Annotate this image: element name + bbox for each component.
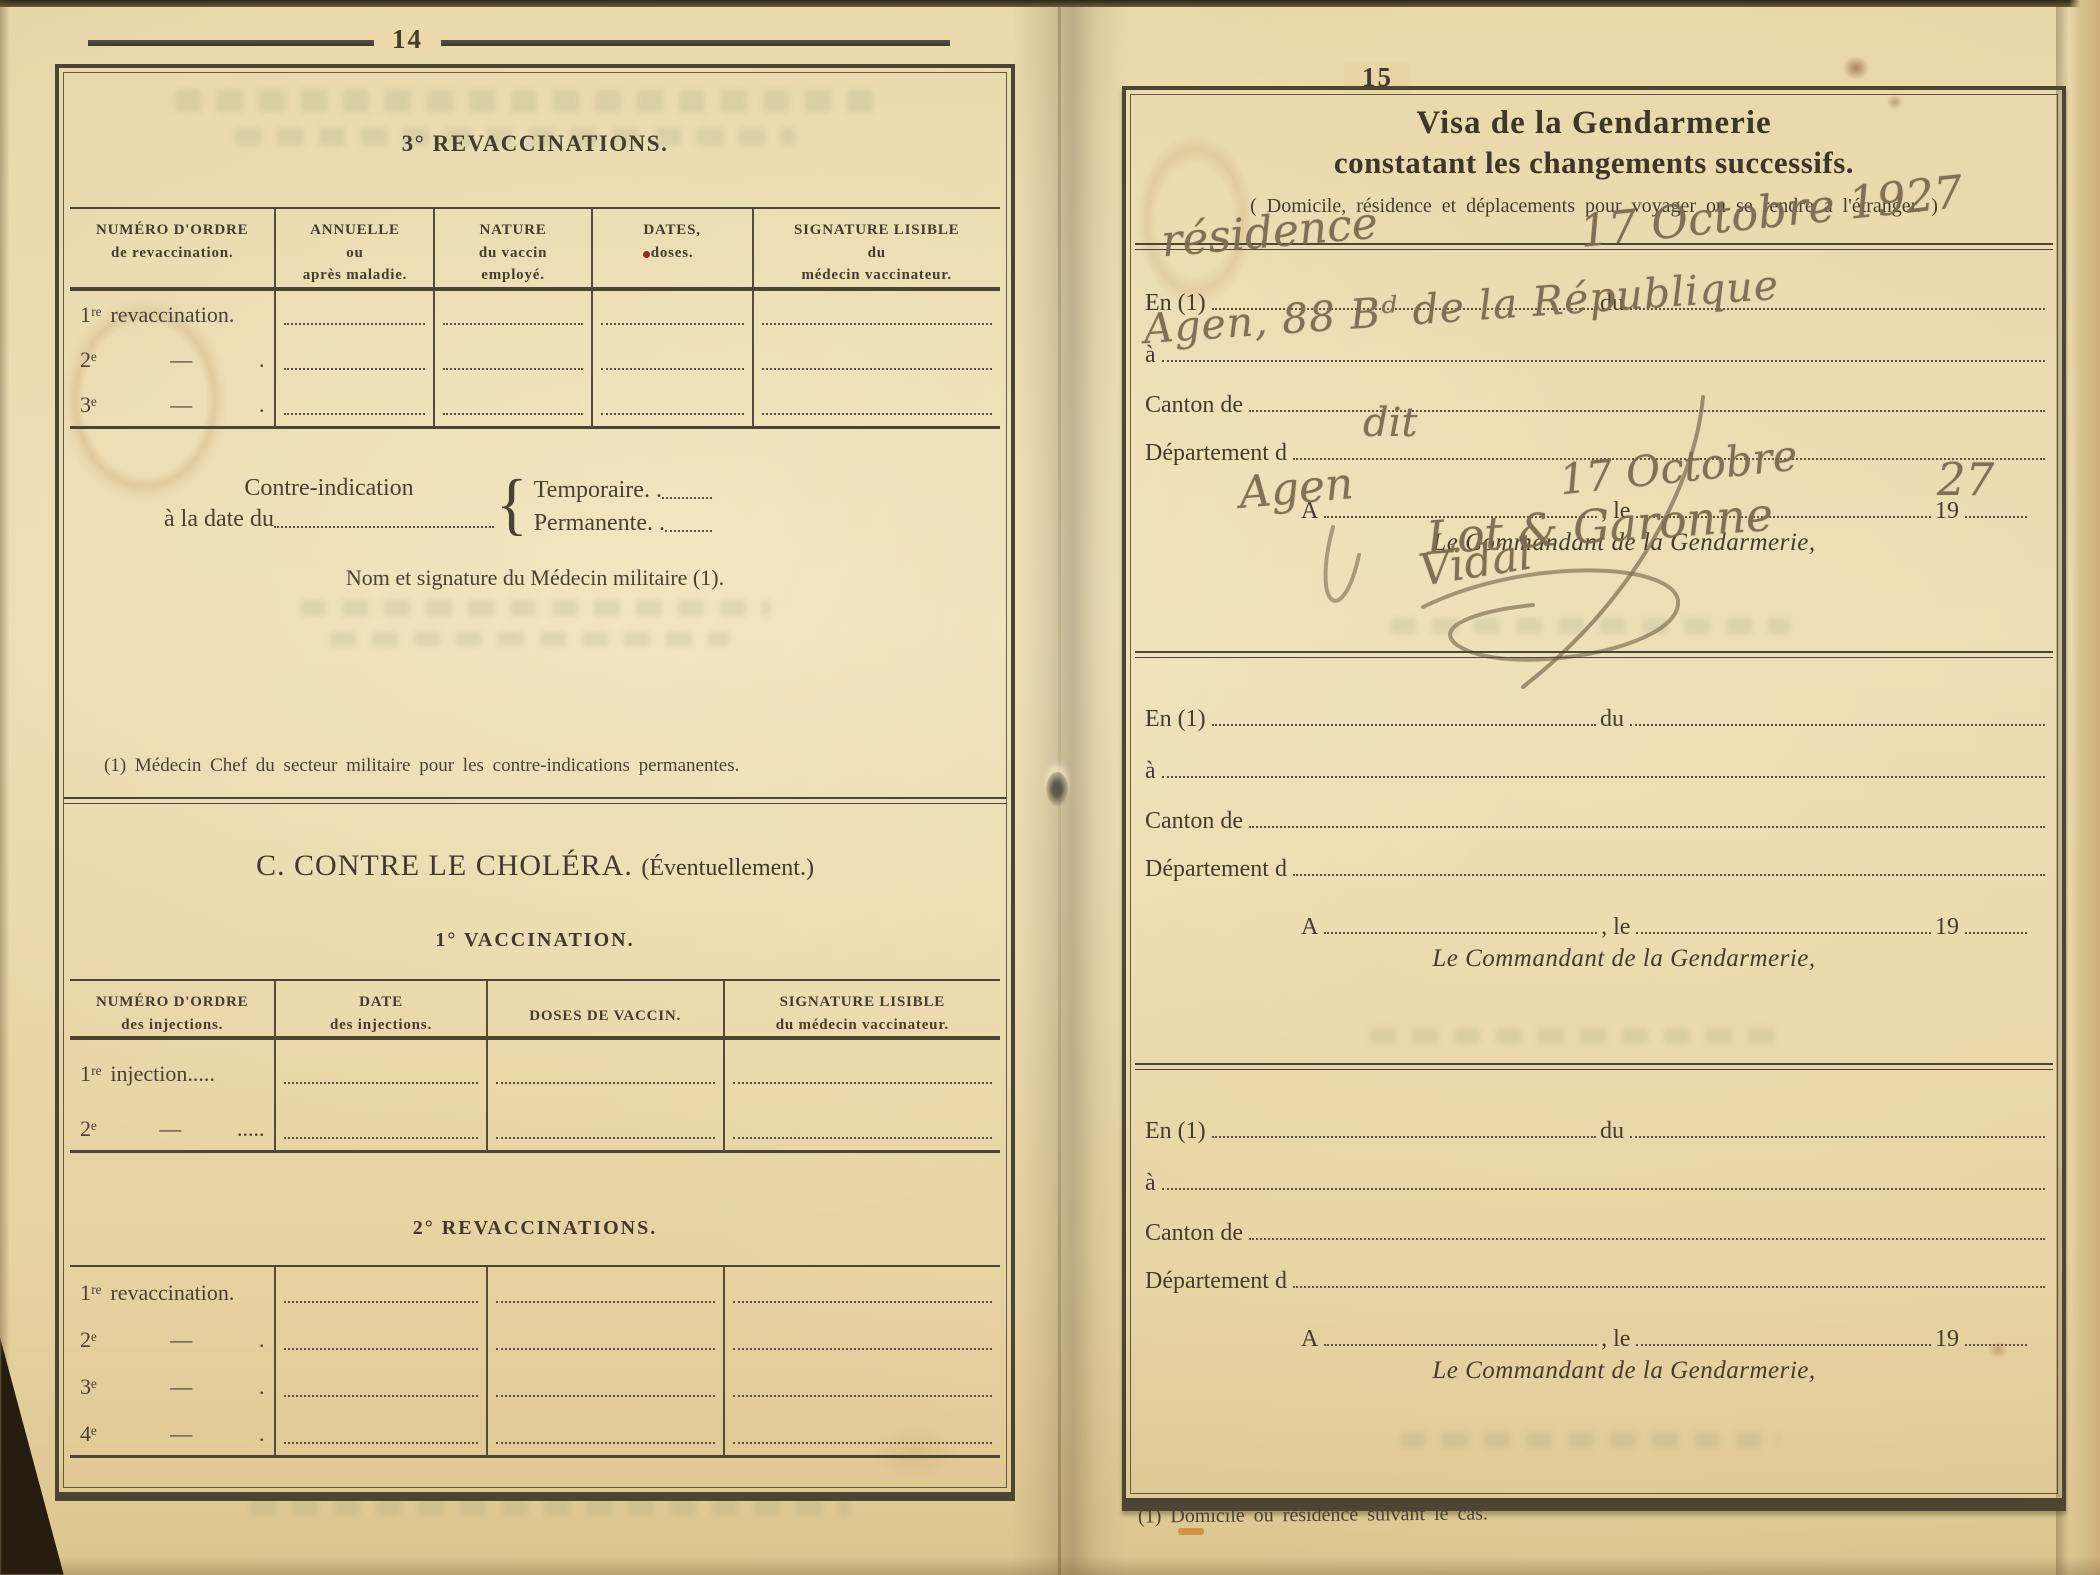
page-number-14: 14 <box>374 24 441 55</box>
date-place-row: A , le 19 <box>1301 491 2031 525</box>
blank-field <box>276 1040 487 1095</box>
du-label: du <box>1600 291 1624 317</box>
page-gutter-fold <box>1012 0 1128 1575</box>
place-field <box>1324 932 1597 934</box>
blank-field <box>725 1040 1000 1095</box>
ditto-dash: — <box>106 347 259 373</box>
blank-field <box>276 1267 487 1314</box>
row-label-cell: 4ᵉ—. <box>70 1408 276 1458</box>
row-period: . <box>259 392 265 418</box>
contre-indication-block: Contre-indication à la date du { Tempora… <box>164 475 712 543</box>
row-dots: ..... <box>237 1116 265 1142</box>
blank-field <box>488 1040 725 1095</box>
row-label-cell: 2ᵉ—. <box>70 1314 276 1361</box>
ditto-dash: — <box>106 392 259 418</box>
blank-field <box>725 1267 1000 1314</box>
blank-field <box>276 336 435 381</box>
blank-field <box>725 1408 1000 1458</box>
page-15: Visa de la Gendarmerie constatant les ch… <box>1122 86 2066 1511</box>
paper-stain <box>1838 52 1874 84</box>
ditto-dash: — <box>106 1374 259 1400</box>
blank-field <box>435 291 592 336</box>
row-ordinal: 1ʳᵉ <box>80 1061 101 1087</box>
row-ordinal: 2ᵉ <box>80 1327 97 1353</box>
vaccination-1-heading: 1° VACCINATION. <box>64 929 1006 952</box>
canton-row: Canton de <box>1145 1213 2049 1247</box>
blank-field <box>488 1267 725 1314</box>
sheet-top-edge <box>0 0 2100 7</box>
row-label-cell: 3ᵉ—. <box>70 1361 276 1408</box>
date-place-row: A , le 19 <box>1301 907 2031 941</box>
cholera-revaccinations-table: 1ʳᵉrevaccination. 2ᵉ—. 3ᵉ—. 4ᵉ—. <box>70 1265 1000 1458</box>
en-row: En (1) du <box>1145 283 2049 317</box>
blank-field <box>593 381 754 429</box>
block-divider-rule <box>1135 1063 2053 1070</box>
gendarmerie-title-line1: Visa de la Gendarmerie <box>1131 105 2057 142</box>
en-row: En (1) du <box>1145 1111 2049 1145</box>
gutter-crease <box>1058 0 1061 1575</box>
revaccinations-table: NUMÉRO D'ORDRE de revaccination. ANNUELL… <box>70 207 1000 429</box>
row-label: revaccination. <box>110 1280 234 1306</box>
sheet-bottom-edge <box>0 1556 2100 1575</box>
blank-field <box>276 1095 487 1153</box>
canton-label: Canton de <box>1145 809 1243 835</box>
gendarmerie-title-line2: constatant les changements successifs. <box>1131 145 2057 181</box>
canton-row: Canton de <box>1145 801 2049 835</box>
column-header: ANNUELLE ou après maladie. <box>276 209 435 291</box>
en-field <box>1212 308 1596 310</box>
row-label-cell: 3ᵉ—. <box>70 381 276 429</box>
departement-label: Département d <box>1145 1269 1287 1295</box>
a-field <box>1162 1188 2045 1190</box>
row-period: . <box>259 1421 265 1447</box>
blank-field <box>276 381 435 429</box>
departement-label: Département d <box>1145 857 1287 883</box>
column-header: NATURE du vaccin employé. <box>435 209 592 291</box>
date-du-label: à la date du <box>164 506 274 533</box>
canton-label: Canton de <box>1145 393 1243 419</box>
year-field <box>1965 516 2027 518</box>
cholera-title-text: C. CONTRE LE CHOLÉRA. <box>256 849 633 882</box>
binding-stitch-hole <box>1046 772 1068 806</box>
row-ordinal: 3ᵉ <box>80 392 97 418</box>
permanente-field <box>665 530 712 532</box>
column-header: NUMÉRO D'ORDRE de revaccination. <box>70 209 276 291</box>
blank-field <box>593 291 754 336</box>
date-field <box>274 526 494 528</box>
blank-field <box>488 1361 725 1408</box>
blank-field <box>276 1314 487 1361</box>
blank-field <box>754 291 1000 336</box>
row-label-cell: 1ʳᵉinjection..... <box>70 1040 276 1095</box>
row-label-cell: 1ʳᵉrevaccination. <box>70 1267 276 1314</box>
row-label: injection..... <box>110 1061 214 1087</box>
date-place-row: A , le 19 <box>1301 1319 2031 1353</box>
ditto-dash: — <box>106 1116 237 1142</box>
departement-row: Département d <box>1145 1261 2049 1295</box>
du-field <box>1630 308 2045 310</box>
place-label: A <box>1301 915 1318 941</box>
departement-field <box>1293 458 2045 460</box>
year-prefix: 19 <box>1935 499 1959 525</box>
date-field <box>1636 1344 1931 1346</box>
en-row: En (1) du <box>1145 699 2049 733</box>
blank-field <box>276 291 435 336</box>
departement-row: Département d <box>1145 433 2049 467</box>
date-field <box>1636 516 1931 518</box>
a-label: à <box>1145 1171 1156 1197</box>
row-ordinal: 1ʳᵉ <box>80 302 101 328</box>
commandant-line: Le Commandant de la Gendarmerie, <box>1191 1357 2057 1385</box>
a-field <box>1162 776 2045 778</box>
en-label: En (1) <box>1145 291 1206 317</box>
du-label: du <box>1600 707 1624 733</box>
canton-row: Canton de <box>1145 385 2049 419</box>
temporaire-field <box>662 497 712 499</box>
column-header: NUMÉRO D'ORDRE des injections. <box>70 981 276 1040</box>
en-field <box>1212 1136 1596 1138</box>
section-title-revaccinations-3: 3° REVACCINATIONS. <box>64 131 1006 157</box>
page-14: 3° REVACCINATIONS. NUMÉRO D'ORDRE de rev… <box>55 64 1015 1501</box>
blank-field <box>725 1095 1000 1153</box>
show-through-text <box>250 1500 850 1516</box>
canton-field <box>1249 1238 2045 1240</box>
cholera-section-title: C. CONTRE LE CHOLÉRA. (Éventuellement.) <box>64 849 1006 883</box>
column-header: DOSES DE VACCIN. <box>488 981 725 1040</box>
en-label: En (1) <box>1145 707 1206 733</box>
row-label: revaccination. <box>110 302 234 328</box>
ditto-dash: — <box>106 1421 259 1447</box>
blank-field <box>276 1408 487 1458</box>
permanente-label: Permanente. . <box>534 510 665 537</box>
scanned-booklet-spread: 14 15 3° REVACCINATIONS. NUMÉRO D'ORDRE … <box>0 0 2100 1575</box>
blank-field <box>754 381 1000 429</box>
row-ordinal: 3ᵉ <box>80 1374 97 1400</box>
en-label: En (1) <box>1145 1119 1206 1145</box>
contre-indication-label: Contre-indication <box>164 475 494 502</box>
nom-signature-note: Nom et signature du Médecin militaire (1… <box>64 565 1006 591</box>
cholera-title-suffix: (Éventuellement.) <box>641 855 814 881</box>
du-field <box>1630 1136 2045 1138</box>
page-14-frame: 3° REVACCINATIONS. NUMÉRO D'ORDRE de rev… <box>63 72 1007 1488</box>
du-field <box>1630 724 2045 726</box>
blank-field <box>488 1095 725 1153</box>
departement-field <box>1293 1286 2045 1288</box>
place-field <box>1324 516 1597 518</box>
departement-label: Département d <box>1145 441 1287 467</box>
row-period: . <box>259 347 265 373</box>
title-divider-rule <box>1135 243 2053 250</box>
place-field <box>1324 1344 1597 1346</box>
date-field <box>1636 932 1931 934</box>
year-field <box>1965 1344 2027 1346</box>
canton-field <box>1249 826 2045 828</box>
a-label: à <box>1145 759 1156 785</box>
year-prefix: 19 <box>1935 915 1959 941</box>
a-field <box>1162 360 2045 362</box>
place-label: A <box>1301 1327 1318 1353</box>
header-rule-left <box>88 40 950 46</box>
le-label: , le <box>1601 1327 1630 1353</box>
blank-field <box>435 336 592 381</box>
blank-field <box>593 336 754 381</box>
row-ordinal: 2ᵉ <box>80 347 97 373</box>
block-divider-rule <box>1135 651 2053 658</box>
row-period: . <box>259 1374 265 1400</box>
blank-field <box>488 1314 725 1361</box>
canton-field <box>1249 410 2045 412</box>
blank-field <box>725 1314 1000 1361</box>
section-divider-rule <box>64 797 1006 804</box>
ditto-dash: — <box>106 1327 259 1353</box>
year-prefix: 19 <box>1935 1327 1959 1353</box>
row-label-cell: 2ᵉ—. <box>70 336 276 381</box>
column-header: SIGNATURE LISIBLE du médecin vaccinateur… <box>754 209 1000 291</box>
column-header: SIGNATURE LISIBLE du médecin vaccinateur… <box>725 981 1000 1040</box>
commandant-line: Le Commandant de la Gendarmerie, <box>1191 529 2057 557</box>
paper-stain <box>1178 1528 1204 1535</box>
departement-row: Département d <box>1145 849 2049 883</box>
a-row: à <box>1145 1163 2049 1197</box>
row-ordinal: 4ᵉ <box>80 1421 97 1447</box>
canton-label: Canton de <box>1145 1221 1243 1247</box>
row-ordinal: 2ᵉ <box>80 1116 97 1142</box>
le-label: , le <box>1601 499 1630 525</box>
gendarmerie-subtitle: ( Domicile, résidence et déplacements po… <box>1131 195 2057 218</box>
place-label: A <box>1301 499 1318 525</box>
a-label: à <box>1145 343 1156 369</box>
row-ordinal: 1ʳᵉ <box>80 1280 101 1306</box>
brace-glyph: { <box>496 474 528 536</box>
a-row: à <box>1145 335 2049 369</box>
blank-field <box>754 336 1000 381</box>
departement-field <box>1293 874 2045 876</box>
du-label: du <box>1600 1119 1624 1145</box>
footnote-1-left: (1) Médecin Chef du secteur militaire po… <box>104 755 739 777</box>
en-field <box>1212 724 1596 726</box>
year-field <box>1965 932 2027 934</box>
a-row: à <box>1145 751 2049 785</box>
footnote-1-right: (1) Domicile ou résidence suivant le cas… <box>1138 1502 1488 1528</box>
le-label: , le <box>1601 915 1630 941</box>
column-header: DATE des injections. <box>276 981 487 1040</box>
column-header: DATES, doses. <box>593 209 754 291</box>
row-label-cell: 2ᵉ—..... <box>70 1095 276 1153</box>
row-period: . <box>259 1327 265 1353</box>
revaccinations-2-heading: 2° REVACCINATIONS. <box>64 1217 1006 1240</box>
blank-field <box>276 1361 487 1408</box>
row-label-cell: 1ʳᵉrevaccination. <box>70 291 276 336</box>
cholera-vaccination-table: NUMÉRO D'ORDRE des injections. DATE des … <box>70 979 1000 1153</box>
sheet-left-edge <box>0 0 10 1575</box>
blank-field <box>488 1408 725 1458</box>
commandant-line: Le Commandant de la Gendarmerie, <box>1191 945 2057 973</box>
temporaire-label: Temporaire. . <box>534 477 662 504</box>
blank-field <box>725 1361 1000 1408</box>
page-15-frame: Visa de la Gendarmerie constatant les ch… <box>1130 94 2058 1494</box>
blank-field <box>435 381 592 429</box>
